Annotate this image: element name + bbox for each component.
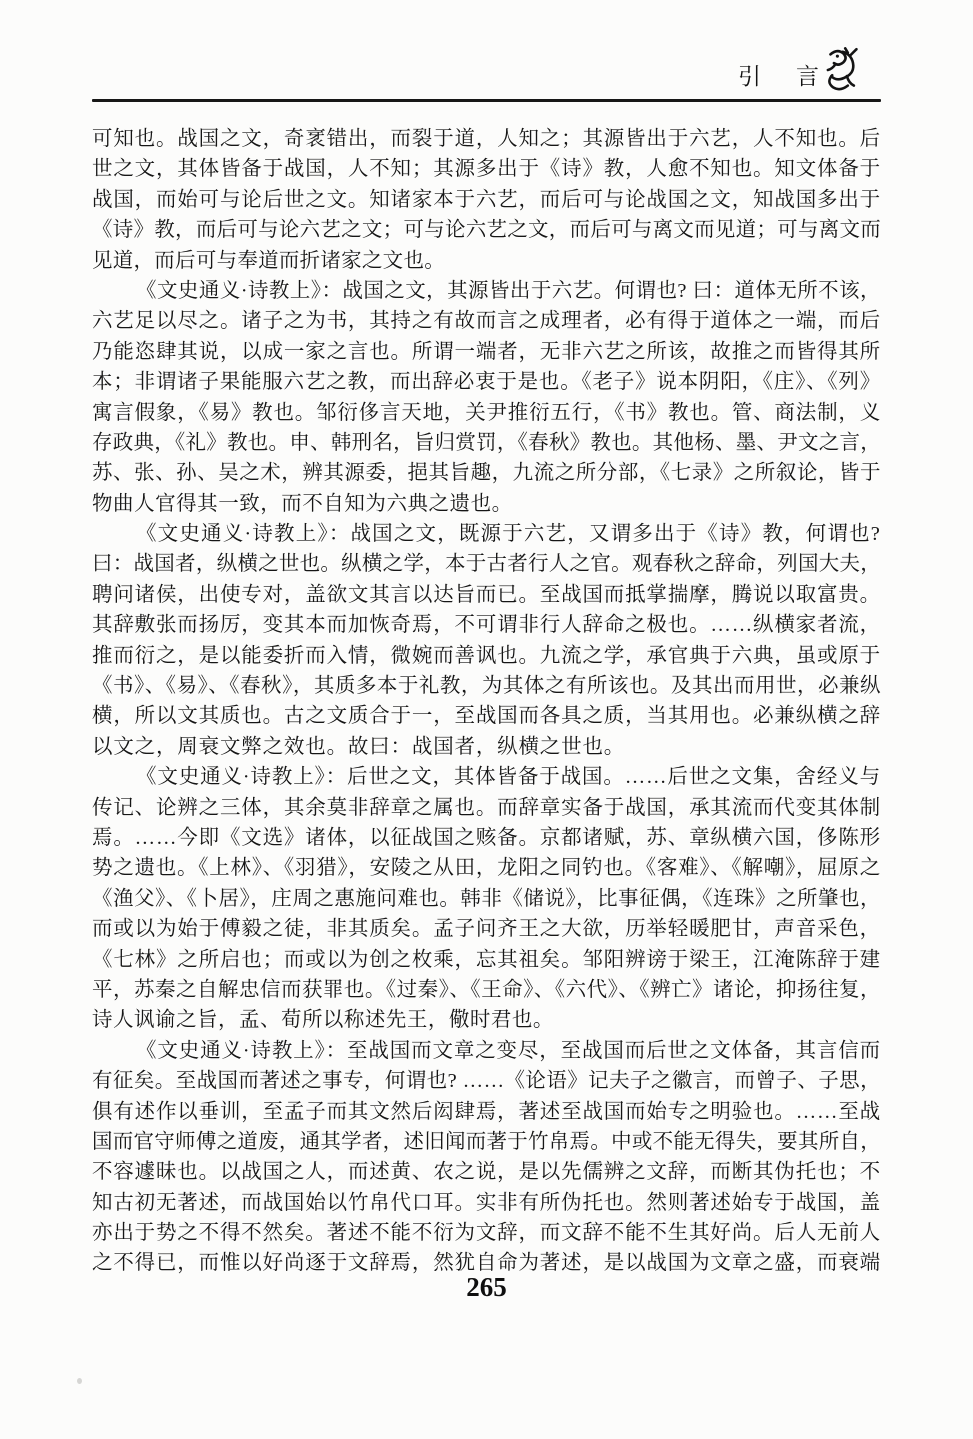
text-line-content: 物曲人官得其一致，而不自知为六典之遗也。: [92, 489, 513, 519]
text-line-content: 有征矣。至战国而著述之事专，何谓也? ……《论语》记夫子之徽言，而曾子、子思，: [92, 1066, 881, 1096]
text-line: 势之遗也。《上林》、《羽猎》，安陵之从田，龙阳之同钓也。《客难》、《解嘲》，屈原…: [92, 853, 881, 883]
text-line-content: 横，所以文其质也。古之文质合于一，至战国而各具之质，当其用也。必兼纵横之辞: [92, 701, 881, 731]
text-line-content: 《文史通义·诗教上》：至战国而文章之变尽，至战国而后世之文体备，其言信而: [136, 1036, 881, 1066]
text-line-content: 六艺足以尽之。诸子之为书，其持之有故而言之成理者，必有得于道体之一端，而后: [92, 306, 881, 336]
text-line-content: 《文史通义·诗教上》：战国之文，既源于六艺，又谓多出于《诗》教，何谓也?: [136, 519, 881, 549]
text-line: 物曲人官得其一致，而不自知为六典之遗也。: [92, 489, 881, 519]
text-line-content: 俱有述作以垂训，至孟子而其文然后闳肆焉，著述至战国而始专之明验也。……至战: [92, 1097, 881, 1127]
text-line: 《文史通义·诗教上》：战国之文，其源皆出于六艺。何谓也? 曰：道体无所不该，: [92, 276, 881, 306]
text-line-content: 诗人讽谕之旨，孟、荀所以称述先王，儆时君也。: [92, 1005, 554, 1035]
text-line-content: 亦出于势之不得不然矣。著述不能不衍为文辞，而文辞不能不生其好尚。后人无前人: [92, 1218, 881, 1248]
text-line: 横，所以文其质也。古之文质合于一，至战国而各具之质，当其用也。必兼纵横之辞: [92, 701, 881, 731]
running-header: 引 言: [0, 44, 973, 100]
text-line: 俱有述作以垂训，至孟子而其文然后闳肆焉，著述至战国而始专之明验也。……至战: [92, 1097, 881, 1127]
header-rule: [92, 99, 881, 102]
text-line: 曰：战国者，纵横之世也。纵横之学，本于古者行人之官。观春秋之辞命，列国大夫，: [92, 549, 881, 579]
text-line-content: 寓言假象，《易》教也。邹衍侈言天地，关尹推衍五行，《书》教也。管、商法制，义: [92, 398, 881, 428]
text-line: 焉。……今即《文选》诸体，以征战国之赅备。京都诸赋，苏、章纵横六国，侈陈形: [92, 823, 881, 853]
text-line-content: 《文史通义·诗教上》：后世之文，其体皆备于战国。……后世之文集，舍经义与: [136, 762, 881, 792]
text-line-content: 国而官守师傅之道废，通其学者，述旧闻而著于竹帛焉。中或不能无得失，要其所自，: [92, 1127, 881, 1157]
text-line-content: 战国，而始可与论后世之文。知诸家本于六艺，而后可与论战国之文，知战国多出于: [92, 185, 881, 215]
text-line-content: 不容遽昧也。以战国之人，而述黄、农之说，是以先儒辨之文辞，而断其伪托也；不: [92, 1157, 881, 1187]
text-line-content: 焉。……今即《文选》诸体，以征战国之赅备。京都诸赋，苏、章纵横六国，侈陈形: [92, 823, 881, 853]
text-line-content: 以文之，周衰文弊之效也。故曰：战国者，纵横之世也。: [92, 732, 625, 762]
text-line: 知古初无著述，而战国始以竹帛代口耳。实非有所伪托也。然则著述始专于战国，盖: [92, 1188, 881, 1218]
text-line-content: 《文史通义·诗教上》：战国之文，其源皆出于六艺。何谓也? 曰：道体无所不该，: [136, 276, 881, 306]
text-line-content: 可知也。战国之文，奇衺错出，而裂于道，人知之；其源皆出于六艺，人不知也。后: [92, 124, 881, 154]
text-line: 乃能恣肆其说，以成一家之言也。所谓一端者，无非六艺之所该，故推之而皆得其所: [92, 337, 881, 367]
text-line: 《文史通义·诗教上》：至战国而文章之变尽，至战国而后世之文体备，其言信而: [92, 1036, 881, 1066]
text-line: 有征矣。至战国而著述之事专，何谓也? ……《论语》记夫子之徽言，而曾子、子思，: [92, 1066, 881, 1096]
text-line-content: 传记、论辨之三体，其余莫非辞章之属也。而辞章实备于战国，承其流而代变其体制: [92, 793, 881, 823]
text-line-content: 其辞敷张而扬厉，变其本而加恢奇焉，不可谓非行人辞命之极也。……纵横家者流，: [92, 610, 881, 640]
text-line: 不容遽昧也。以战国之人，而述黄、农之说，是以先儒辨之文辞，而断其伪托也；不: [92, 1157, 881, 1187]
text-line-content: 聘问诸侯，出使专对，盖欲文其言以达旨而已。至战国而抵掌揣摩，腾说以取富贵。: [92, 580, 881, 610]
text-line-content: 存政典，《礼》教也。申、韩刑名，旨归赏罚，《春秋》教也。其他杨、墨、尹文之言，: [92, 428, 881, 458]
text-line-content: 《渔父》、《卜居》，庄周之惠施问难也。韩非《储说》，比事征偶，《连珠》之所肇也，: [92, 884, 881, 914]
text-line-content: 推而衍之，是以能委折而入情，微婉而善讽也。九流之学，承官典于六典，虽或原于: [92, 641, 881, 671]
text-line: 《诗》教，而后可与论六艺之文；可与论六艺之文，而后可与离文而见道；可与离文而: [92, 215, 881, 245]
text-line: 六艺足以尽之。诸子之为书，其持之有故而言之成理者，必有得于道体之一端，而后: [92, 306, 881, 336]
text-line-content: 本；非谓诸子果能服六艺之教，而出辞必衷于是也。《老子》说本阴阳，《庄》、《列》: [92, 367, 881, 397]
text-line: 平，苏秦之自解忠信而获罪也。《过秦》、《王命》、《六代》、《辨亡》诸论，抑扬往复…: [92, 975, 881, 1005]
text-line: 寓言假象，《易》教也。邹衍侈言天地，关尹推衍五行，《书》教也。管、商法制，义: [92, 398, 881, 428]
body-text: 可知也。战国之文，奇衺错出，而裂于道，人知之；其源皆出于六艺，人不知也。后世之文…: [92, 124, 881, 1279]
text-line: 可知也。战国之文，奇衺错出，而裂于道，人知之；其源皆出于六艺，人不知也。后: [92, 124, 881, 154]
text-line: 世之文，其体皆备于战国，人不知；其源多出于《诗》教，人愈不知也。知文体备于: [92, 154, 881, 184]
text-line: 传记、论辨之三体，其余莫非辞章之属也。而辞章实备于战国，承其流而代变其体制: [92, 793, 881, 823]
text-line: 亦出于势之不得不然矣。著述不能不衍为文辞，而文辞不能不生其好尚。后人无前人: [92, 1218, 881, 1248]
text-line-content: 《七林》之所启也；而或以为创之枚乘，忘其祖矣。邹阳辨谤于梁王，江淹陈辞于建: [92, 945, 881, 975]
page-number: 265: [0, 1272, 973, 1303]
text-line-content: 平，苏秦之自解忠信而获罪也。《过秦》、《王命》、《六代》、《辨亡》诸论，抑扬往复…: [92, 975, 881, 1005]
text-line: 《文史通义·诗教上》：后世之文，其体皆备于战国。……后世之文集，舍经义与: [92, 762, 881, 792]
text-line: 聘问诸侯，出使专对，盖欲文其言以达旨而已。至战国而抵掌揣摩，腾说以取富贵。: [92, 580, 881, 610]
text-line: 《书》、《易》、《春秋》，其质多本于礼教，为其体之有所该也。及其出而用世，必兼纵: [92, 671, 881, 701]
text-line-content: 势之遗也。《上林》、《羽猎》，安陵之从田，龙阳之同钓也。《客难》、《解嘲》，屈原…: [92, 853, 881, 883]
book-page: 引 言 可知也。战国之文，奇衺错出，而裂于道，人知之；其源皆出于六艺，人不知也。…: [0, 0, 973, 1439]
scan-speck: [77, 1378, 82, 1384]
text-line: 以文之，周衰文弊之效也。故曰：战国者，纵横之世也。: [92, 732, 881, 762]
text-line: 而或以为始于傅毅之徒，非其质矣。孟子问齐王之大欲，历举轻暖肥甘，声音采色，: [92, 914, 881, 944]
text-line: 苏、张、孙、吴之术，辨其源委，挹其旨趣，九流之所分部，《七录》之所叙论，皆于: [92, 458, 881, 488]
dragon-seal-icon: [814, 44, 866, 96]
text-line: 存政典，《礼》教也。申、韩刑名，旨归赏罚，《春秋》教也。其他杨、墨、尹文之言，: [92, 428, 881, 458]
text-line: 其辞敷张而扬厉，变其本而加恢奇焉，不可谓非行人辞命之极也。……纵横家者流，: [92, 610, 881, 640]
chapter-title: 引 言: [738, 58, 825, 91]
text-line-content: 而或以为始于傅毅之徒，非其质矣。孟子问齐王之大欲，历举轻暖肥甘，声音采色，: [92, 914, 881, 944]
text-line: 国而官守师傅之道废，通其学者，述旧闻而著于竹帛焉。中或不能无得失，要其所自，: [92, 1127, 881, 1157]
text-line: 《渔父》、《卜居》，庄周之惠施问难也。韩非《储说》，比事征偶，《连珠》之所肇也，: [92, 884, 881, 914]
text-line-content: 苏、张、孙、吴之术，辨其源委，挹其旨趣，九流之所分部，《七录》之所叙论，皆于: [92, 458, 881, 488]
text-line-content: 曰：战国者，纵横之世也。纵横之学，本于古者行人之官。观春秋之辞命，列国大夫，: [92, 549, 881, 579]
text-line-content: 见道，而后可与奉道而折诸家之文也。: [92, 246, 445, 276]
text-line: 本；非谓诸子果能服六艺之教，而出辞必衷于是也。《老子》说本阴阳，《庄》、《列》: [92, 367, 881, 397]
text-line: 诗人讽谕之旨，孟、荀所以称述先王，儆时君也。: [92, 1005, 881, 1035]
text-line: 战国，而始可与论后世之文。知诸家本于六艺，而后可与论战国之文，知战国多出于: [92, 185, 881, 215]
text-line: 《七林》之所启也；而或以为创之枚乘，忘其祖矣。邹阳辨谤于梁王，江淹陈辞于建: [92, 945, 881, 975]
text-line-content: 《诗》教，而后可与论六艺之文；可与论六艺之文，而后可与离文而见道；可与离文而: [92, 215, 881, 245]
text-line-content: 乃能恣肆其说，以成一家之言也。所谓一端者，无非六艺之所该，故推之而皆得其所: [92, 337, 881, 367]
text-line-content: 知古初无著述，而战国始以竹帛代口耳。实非有所伪托也。然则著述始专于战国，盖: [92, 1188, 881, 1218]
text-line-content: 《书》、《易》、《春秋》，其质多本于礼教，为其体之有所该也。及其出而用世，必兼纵: [92, 671, 881, 701]
text-line: 推而衍之，是以能委折而入情，微婉而善讽也。九流之学，承官典于六典，虽或原于: [92, 641, 881, 671]
text-line: 《文史通义·诗教上》：战国之文，既源于六艺，又谓多出于《诗》教，何谓也?: [92, 519, 881, 549]
text-line-content: 世之文，其体皆备于战国，人不知；其源多出于《诗》教，人愈不知也。知文体备于: [92, 154, 881, 184]
text-line: 见道，而后可与奉道而折诸家之文也。: [92, 246, 881, 276]
